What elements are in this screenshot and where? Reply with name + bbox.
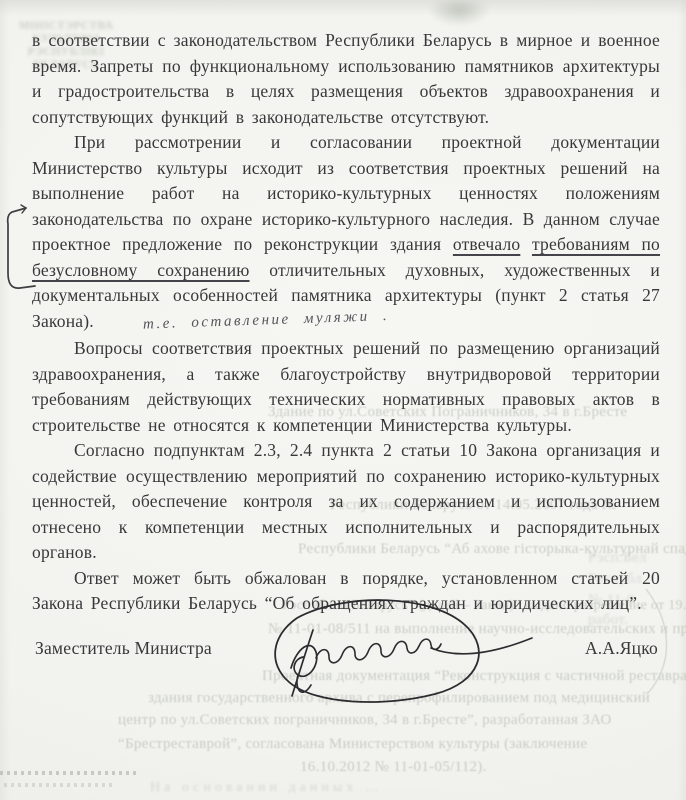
- ghost-dotted-line: [0, 771, 140, 775]
- scan-edge-shade: [0, 0, 686, 16]
- paragraph-3: Вопросы соответствия проектных решений п…: [32, 336, 660, 438]
- emblem-bleedthrough: [428, 0, 490, 26]
- signature-title: Заместитель Министра: [35, 638, 212, 659]
- handwritten-annotation: т.е. оставление муляжи .: [101, 303, 390, 339]
- ghost-text-fragment: “Брестреставрой”, согласована Министерст…: [118, 736, 587, 753]
- signatory-name: А.А.Яцко: [585, 638, 658, 659]
- underlined-phrase: отвечало: [453, 234, 520, 254]
- ghost-text-fragment: 16.10.2012 № 11-01-05/112).: [300, 759, 487, 776]
- paragraph-1: в соответствии с законодательством Респу…: [32, 28, 660, 130]
- ghost-text-fragment: На основании данных …: [150, 780, 383, 796]
- ghost-dotted-line: [4, 783, 114, 787]
- paragraph-2: При рассмотрении и согласовании проектно…: [32, 130, 660, 336]
- scan-edge-shade: [0, 0, 10, 800]
- scanned-letter-page: МІНІСТЭРСТВА КУЛЬТУРЫ РЭСПУБЛІКІ БЕЛАРУС…: [0, 0, 686, 800]
- paragraph-2-text: [520, 234, 532, 254]
- signature-icon: [245, 588, 545, 720]
- paragraph-4: Согласно подпунктам 2.3, 2.4 пункта 2 ст…: [32, 438, 660, 566]
- body-text: в соответствии с законодательством Респу…: [32, 28, 660, 617]
- margin-bracket-icon: [2, 203, 40, 303]
